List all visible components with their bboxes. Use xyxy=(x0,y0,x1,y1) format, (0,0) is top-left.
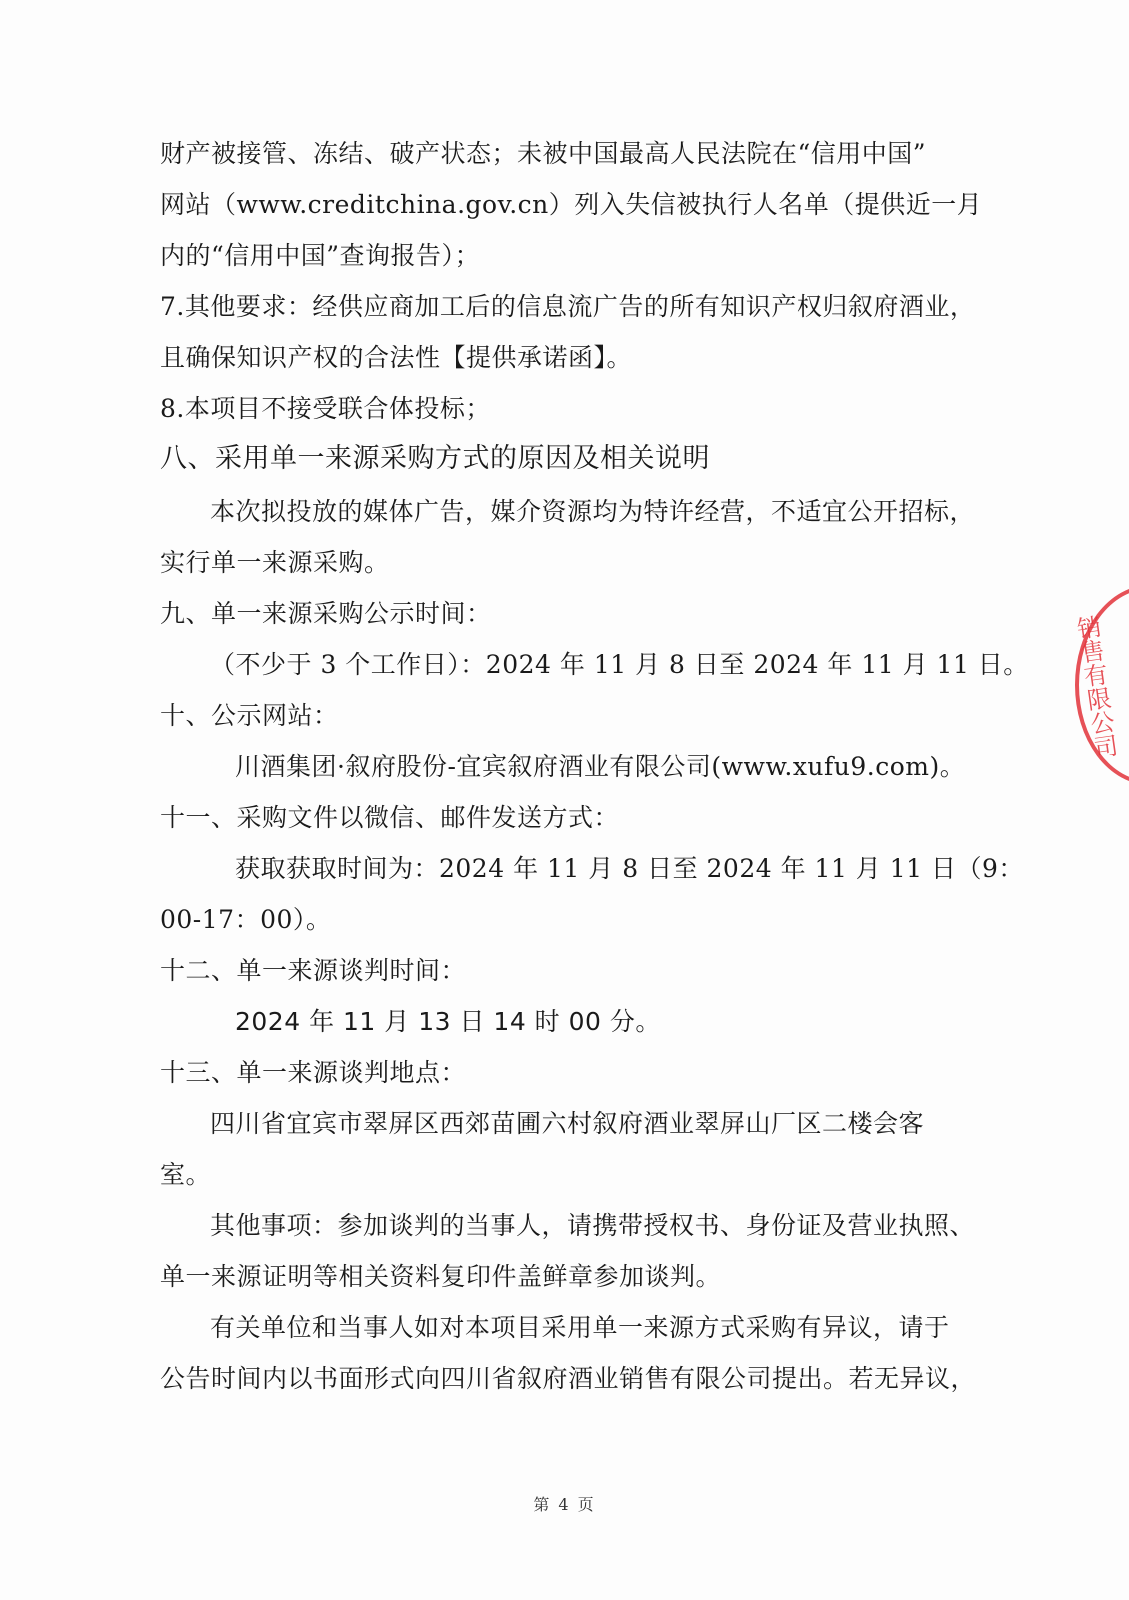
section-10-body: 川酒集团·叙府股份-宜宾叙府酒业有限公司(www.xufu9.com)。 xyxy=(235,752,965,782)
section-8-body-line-1: 本次拟投放的媒体广告，媒介资源均为特许经营，不适宜公开招标， xyxy=(210,497,975,527)
section-11-body-line-2: 00-17：00）。 xyxy=(160,905,331,935)
section-heading-13: 十三、单一来源谈判地点： xyxy=(160,1058,466,1088)
text-line-bankruptcy-status: 财产被接管、冻结、破产状态；未被中国最高人民法院在“信用中国” xyxy=(160,139,926,169)
section-8-body-line-2: 实行单一来源采购。 xyxy=(160,548,390,578)
objection-line-1: 有关单位和当事人如对本项目采用单一来源方式采购有异议，请于 xyxy=(210,1313,950,1343)
section-heading-10: 十、公示网站： xyxy=(160,701,339,731)
text-line-creditchina-site: 网站（www.creditchina.gov.cn）列入失信被执行人名单（提供近… xyxy=(160,190,982,220)
text-line-item-7: 7.其他要求：经供应商加工后的信息流广告的所有知识产权归叙府酒业， xyxy=(160,292,975,322)
section-11-body-line-1: 获取获取时间为：2024 年 11 月 8 日至 2024 年 11 月 11 … xyxy=(235,854,1024,884)
section-13-body-line-2: 室。 xyxy=(160,1160,211,1190)
text-line-item-8: 8.本项目不接受联合体投标； xyxy=(160,394,491,424)
section-heading-8: 八、采用单一来源采购方式的原因及相关说明 xyxy=(160,444,710,474)
page-number: 第 4 页 xyxy=(0,1492,1129,1515)
text-line-item-7-cont: 且确保知识产权的合法性【提供承诺函】。 xyxy=(160,343,632,373)
section-12-body: 2024 年 11 月 13 日 14 时 00 分。 xyxy=(235,1007,661,1037)
section-heading-12: 十二、单一来源谈判时间： xyxy=(160,956,466,986)
document-page: 财产被接管、冻结、破产状态；未被中国最高人民法院在“信用中国” 网站（www.c… xyxy=(0,0,1129,1600)
section-heading-9: 九、单一来源采购公示时间： xyxy=(160,599,492,629)
objection-line-2: 公告时间内以书面形式向四川省叙府酒业销售有限公司提出。若无异议， xyxy=(160,1364,976,1394)
text-line-query-report: 内的“信用中国”查询报告）； xyxy=(160,241,480,271)
other-matters-line-1: 其他事项：参加谈判的当事人，请携带授权书、身份证及营业执照、 xyxy=(210,1211,975,1241)
section-heading-11: 十一、采购文件以微信、邮件发送方式： xyxy=(160,803,619,833)
section-13-body-line-1: 四川省宜宾市翠屏区西郊苗圃六村叙府酒业翠屏山厂区二楼会客 xyxy=(210,1109,924,1139)
section-9-body: （不少于 3 个工作日）：2024 年 11 月 8 日至 2024 年 11 … xyxy=(210,650,1029,680)
other-matters-line-2: 单一来源证明等相关资料复印件盖鲜章参加谈判。 xyxy=(160,1262,721,1292)
